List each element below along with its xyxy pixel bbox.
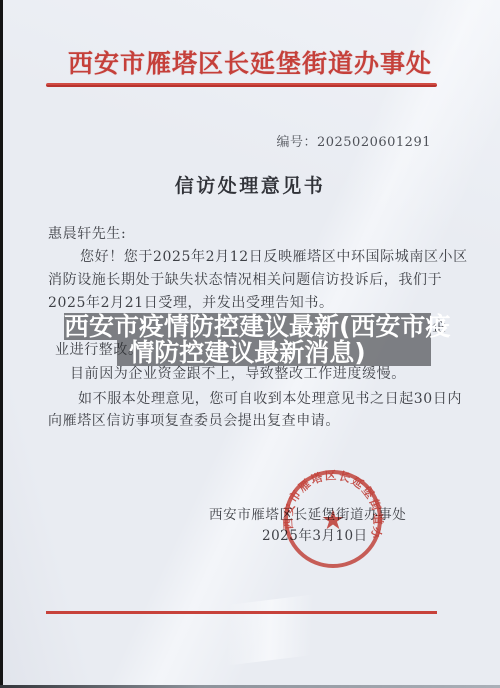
letterhead-rule [46,83,437,87]
seal-star-icon: ★ [321,505,345,536]
body-line: 如不服本处理意见，您可自收到本处理意见书之日起30日内 [78,388,462,408]
body-line: 消防设施长期处于缺失状态情况相关问题信访投诉后，我们于 [48,269,442,289]
body-line: 向雁塔区信访事项复查委员会提出复查申请。 [48,410,340,430]
ref-label: 编号： [276,135,317,150]
body-line: 2025年2月21日受理，并发出受理告知书。 [48,292,334,312]
body-line: 您好！您于2025年2月12日反映雁塔区中环国际城南区小区 [80,246,468,266]
ref-value: 2025020601291 [317,135,431,150]
paper-crease [58,575,482,686]
letterhead-office-name: 西安市雁塔区长延堡街道办事处 [0,44,500,80]
seo-overlay-banner: 西安市疫情防控建议最新(西安市疫 情防控建议最新消息) [64,313,431,366]
document-title: 信访处理意见书 [0,171,500,198]
body-line-salutation: 惠晨轩先生: [48,223,126,243]
scanned-letter-page: 西安市雁塔区长延堡街道办事处 编号：2025020601291 信访处理意见书 … [0,0,500,688]
scan-edge-left [0,0,3,688]
footer-rule [46,611,437,614]
overlay-title-line1: 西安市疫情防控建议最新(西安市疫 [64,313,431,340]
ref-number: 编号：2025020601291 [276,131,431,150]
overlay-title-line2: 情防控建议最新消息) [117,340,431,366]
official-seal: 西安市雁塔区长延堡街道办事处 ★ [281,467,385,571]
